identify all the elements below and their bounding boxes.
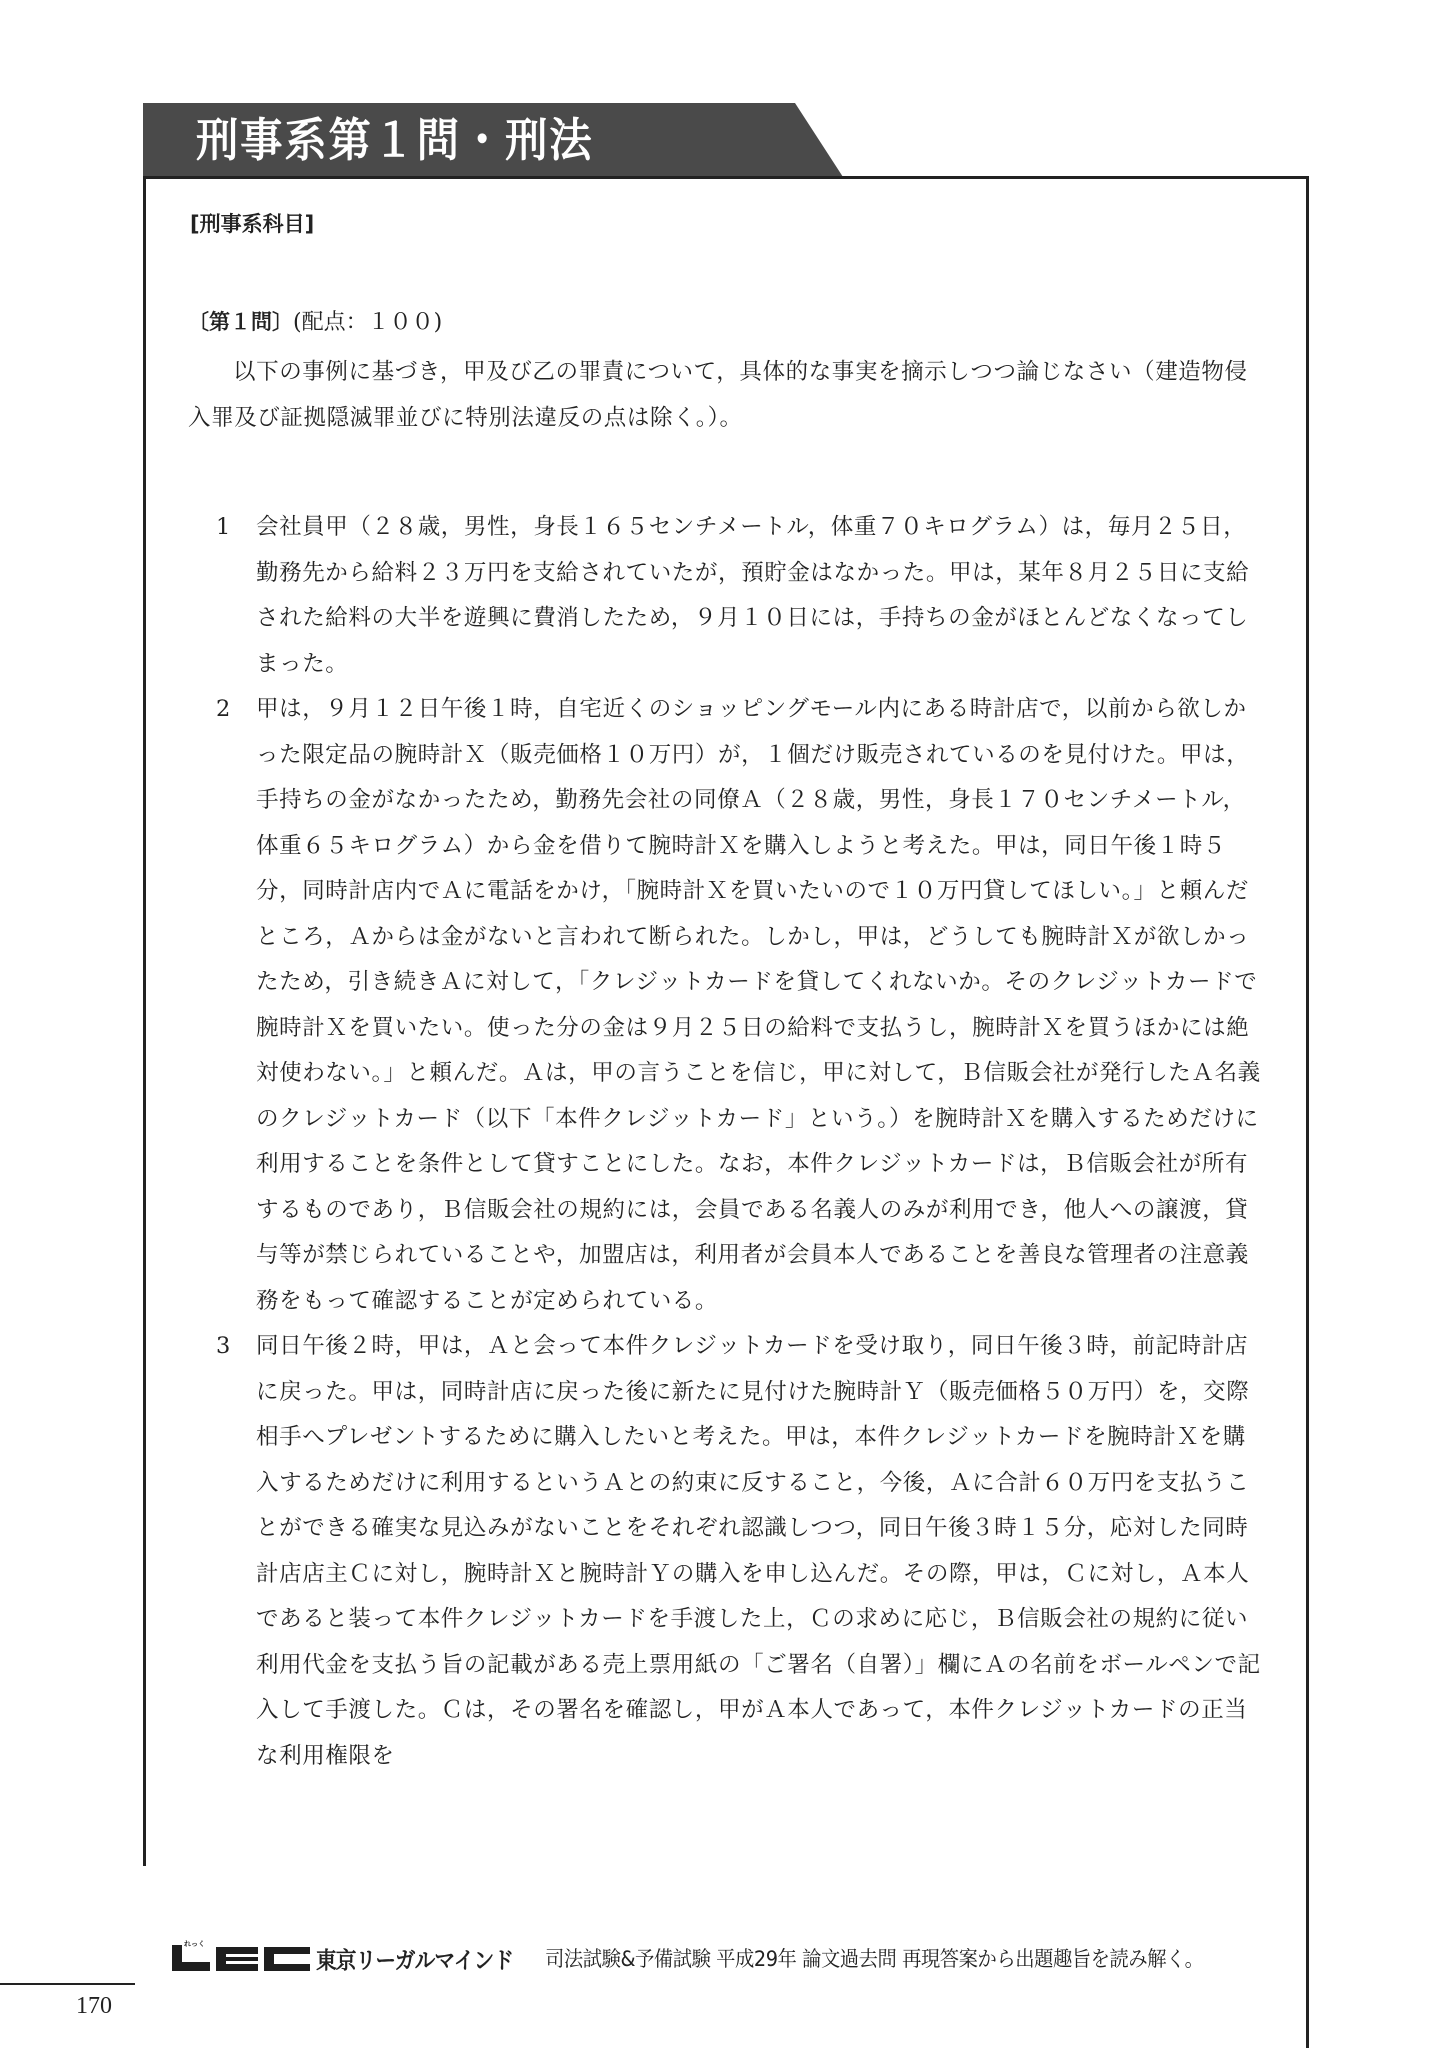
fact-text: 会社員甲（２８歳，男性，身長１６５センチメートル，体重７０キログラム）は，毎月２…	[256, 505, 1268, 687]
page-number-rule	[0, 1983, 135, 1985]
page-number: 170	[76, 1993, 112, 2020]
lec-logo-icon: れっく	[172, 1945, 312, 1971]
fact-item: 3 同日午後２時，甲は，Ａと会って本件クレジットカードを受け取り，同日午後３時，…	[188, 1324, 1268, 1779]
fact-number: 3	[188, 1324, 256, 1779]
question-heading: 〔第１問〕(配点：１００)	[188, 305, 442, 336]
frame-border-right	[1306, 176, 1309, 2048]
fact-list: 1 会社員甲（２８歳，男性，身長１６５センチメートル，体重７０キログラム）は，毎…	[188, 505, 1268, 1779]
fact-number: 1	[188, 505, 256, 687]
question-instruction: 以下の事例に基づき，甲及び乙の罪責について，具体的な事実を摘示しつつ論じなさい（…	[188, 350, 1268, 441]
footer: れっく 東京リーガルマインド 司法試験&予備試験 平成29年 論文過去問 再現答…	[172, 1938, 1261, 1978]
subject-label: [刑事系科目]	[190, 208, 314, 238]
frame-border-top	[143, 176, 1309, 179]
fact-item: 2 甲は，９月１２日午後１時，自宅近くのショッピングモール内にある時計店で，以前…	[188, 687, 1268, 1324]
footer-caption: 司法試験&予備試験 平成29年 論文過去問 再現答案から出題趣旨を読み解く。	[545, 1943, 1203, 1973]
logo-ruby: れっく	[184, 1939, 205, 1949]
fact-item: 1 会社員甲（２８歳，男性，身長１６５センチメートル，体重７０キログラム）は，毎…	[188, 505, 1268, 687]
fact-number: 2	[188, 687, 256, 1324]
footer-brand: 東京リーガルマインド	[316, 1942, 513, 1975]
question-points: (配点：１００)	[293, 310, 442, 335]
fact-text: 同日午後２時，甲は，Ａと会って本件クレジットカードを受け取り，同日午後３時，前記…	[256, 1324, 1268, 1779]
frame-border-left	[143, 176, 146, 1866]
page-title: 刑事系第１問・刑法	[196, 108, 593, 172]
fact-text: 甲は，９月１２日午後１時，自宅近くのショッピングモール内にある時計店で，以前から…	[256, 687, 1268, 1324]
question-number: 〔第１問〕	[188, 310, 293, 334]
